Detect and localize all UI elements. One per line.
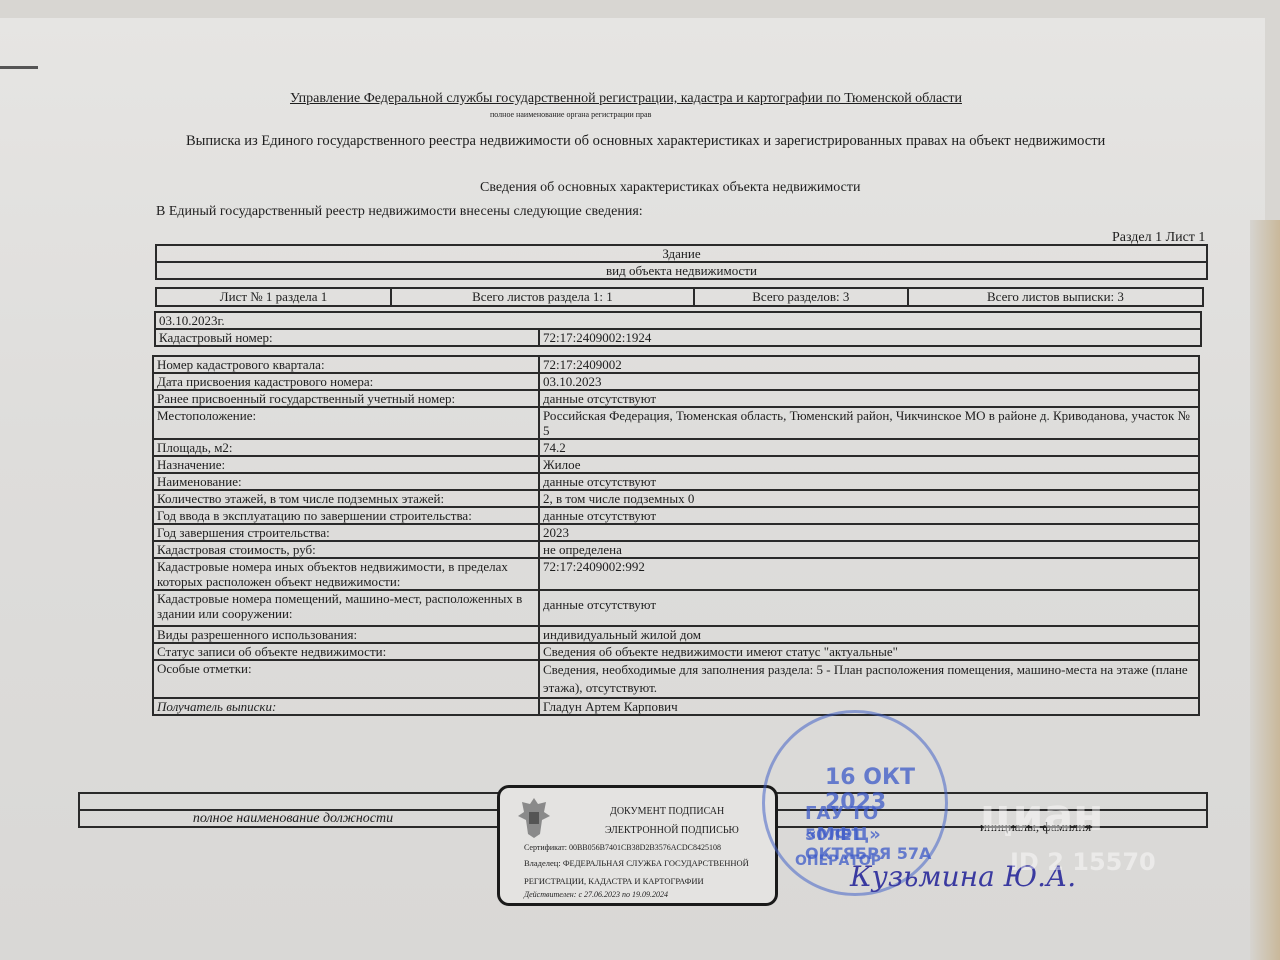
row-label: Кадастровые номера помещений, машино-мес… — [153, 590, 539, 626]
row-value: Российская Федерация, Тюменская область,… — [539, 407, 1199, 439]
table-row: Получатель выписки:Гладун Артем Карпович — [153, 698, 1199, 715]
row-label: Наименование: — [153, 473, 539, 490]
certificate-number: Сертификат: 00BB056B7401CB38D2B3576ACDC8… — [524, 843, 721, 852]
table-row: Год ввода в эксплуатацию по завершении с… — [153, 507, 1199, 524]
cadastral-value: 72:17:2409002:1924 — [539, 329, 1201, 346]
owner-line-2: РЕГИСТРАЦИИ, КАДАСТРА И КАРТОГРАФИИ — [524, 876, 704, 886]
row-value: не определена — [539, 541, 1199, 558]
position-caption: полное наименование должности — [79, 810, 507, 827]
row-label: Статус записи об объекте недвижимости: — [153, 643, 539, 660]
watermark: циан ID 2 15570 — [980, 790, 1104, 841]
row-label: Год завершения строительства: — [153, 524, 539, 541]
object-type-table: Здание вид объекта недвижимости — [155, 244, 1208, 280]
row-value: 72:17:2409002:992 — [539, 558, 1199, 590]
intro-text: В Единый государственный реестр недвижим… — [156, 204, 643, 220]
row-value: данные отсутствуют — [539, 390, 1199, 407]
row-label: Количество этажей, в том числе подземных… — [153, 490, 539, 507]
row-value: данные отсутствуют — [539, 507, 1199, 524]
table-row: Количество этажей, в том числе подземных… — [153, 490, 1199, 507]
table-row: Статус записи об объекте недвижимости:Св… — [153, 643, 1199, 660]
document-title: Выписка из Единого государственного реес… — [186, 133, 1105, 150]
row-value: Сведения, необходимые для заполнения раз… — [539, 660, 1199, 698]
table-row: Кадастровая стоимость, руб:не определена — [153, 541, 1199, 558]
document-date: 03.10.2023г. — [155, 312, 1201, 329]
row-value: данные отсутствуют — [539, 590, 1199, 626]
row-value: Жилое — [539, 456, 1199, 473]
total-sheets-section: Всего листов раздела 1: 1 — [391, 288, 694, 306]
row-label: Год ввода в эксплуатацию по завершении с… — [153, 507, 539, 524]
table-row: Виды разрешенного использования:индивиду… — [153, 626, 1199, 643]
table-row: Кадастровые номера помещений, машино-мес… — [153, 590, 1199, 626]
sheet-info-table: Лист № 1 раздела 1 Всего листов раздела … — [155, 287, 1204, 307]
row-value: 74.2 — [539, 439, 1199, 456]
row-value: 2023 — [539, 524, 1199, 541]
page-edge — [1250, 220, 1280, 960]
table-row: Наименование:данные отсутствуют — [153, 473, 1199, 490]
pen-mark — [0, 66, 38, 69]
owner-line-1: Владелец: ФЕДЕРАЛЬНАЯ СЛУЖБА ГОСУДАРСТВЕ… — [524, 858, 749, 868]
table-row: Площадь, м2:74.2 — [153, 439, 1199, 456]
authority-caption: полное наименование органа регистрации п… — [490, 110, 651, 119]
row-label: Ранее присвоенный государственный учетны… — [153, 390, 539, 407]
section-title: Сведения об основных характеристиках объ… — [480, 180, 860, 196]
authority-name: Управление Федеральной службы государств… — [290, 91, 962, 107]
row-value: 2, в том числе подземных 0 — [539, 490, 1199, 507]
table-row: Дата присвоения кадастрового номера:03.1… — [153, 373, 1199, 390]
object-type-caption: вид объекта недвижимости — [156, 262, 1207, 279]
eagle-emblem-icon — [514, 794, 554, 842]
watermark-brand: циан — [980, 790, 1104, 841]
row-value: 03.10.2023 — [539, 373, 1199, 390]
row-label: Назначение: — [153, 456, 539, 473]
row-label: Получатель выписки: — [153, 698, 539, 715]
total-sections: Всего разделов: 3 — [694, 288, 908, 306]
row-value: данные отсутствуют — [539, 473, 1199, 490]
table-row: Местоположение:Российская Федерация, Тюм… — [153, 407, 1199, 439]
cadastral-table: 03.10.2023г. Кадастровый номер: 72:17:24… — [154, 311, 1202, 347]
row-value: Сведения об объекте недвижимости имеют с… — [539, 643, 1199, 660]
table-row: Особые отметки:Сведения, необходимые для… — [153, 660, 1199, 698]
row-label: Местоположение: — [153, 407, 539, 439]
cadastral-label: Кадастровый номер: — [155, 329, 539, 346]
row-label: Виды разрешенного использования: — [153, 626, 539, 643]
row-label: Особые отметки: — [153, 660, 539, 698]
signed-line-1: ДОКУМЕНТ ПОДПИСАН — [610, 806, 724, 817]
row-label: Кадастровая стоимость, руб: — [153, 541, 539, 558]
electronic-signature-box: ДОКУМЕНТ ПОДПИСАН ЭЛЕКТРОННОЙ ПОДПИСЬЮ С… — [497, 785, 778, 906]
row-label: Кадастровые номера иных объектов недвижи… — [153, 558, 539, 590]
table-row: Назначение:Жилое — [153, 456, 1199, 473]
row-label: Номер кадастрового квартала: — [153, 356, 539, 373]
table-row: Год завершения строительства:2023 — [153, 524, 1199, 541]
validity-period: Действителен: с 27.06.2023 по 19.09.2024 — [524, 890, 668, 899]
row-value: индивидуальный жилой дом — [539, 626, 1199, 643]
total-sheets: Всего листов выписки: 3 — [908, 288, 1203, 306]
row-label: Площадь, м2: — [153, 439, 539, 456]
table-row: Кадастровые номера иных объектов недвижи… — [153, 558, 1199, 590]
object-type: Здание — [156, 245, 1207, 262]
signed-line-2: ЭЛЕКТРОННОЙ ПОДПИСЬЮ — [605, 825, 739, 836]
table-row: Ранее присвоенный государственный учетны… — [153, 390, 1199, 407]
sheet-number: Лист № 1 раздела 1 — [156, 288, 391, 306]
table-row: Номер кадастрового квартала:72:17:240900… — [153, 356, 1199, 373]
characteristics-table: Номер кадастрового квартала:72:17:240900… — [152, 355, 1200, 716]
watermark-id: ID 2 15570 — [1010, 848, 1156, 876]
row-label: Дата присвоения кадастрового номера: — [153, 373, 539, 390]
row-value: 72:17:2409002 — [539, 356, 1199, 373]
